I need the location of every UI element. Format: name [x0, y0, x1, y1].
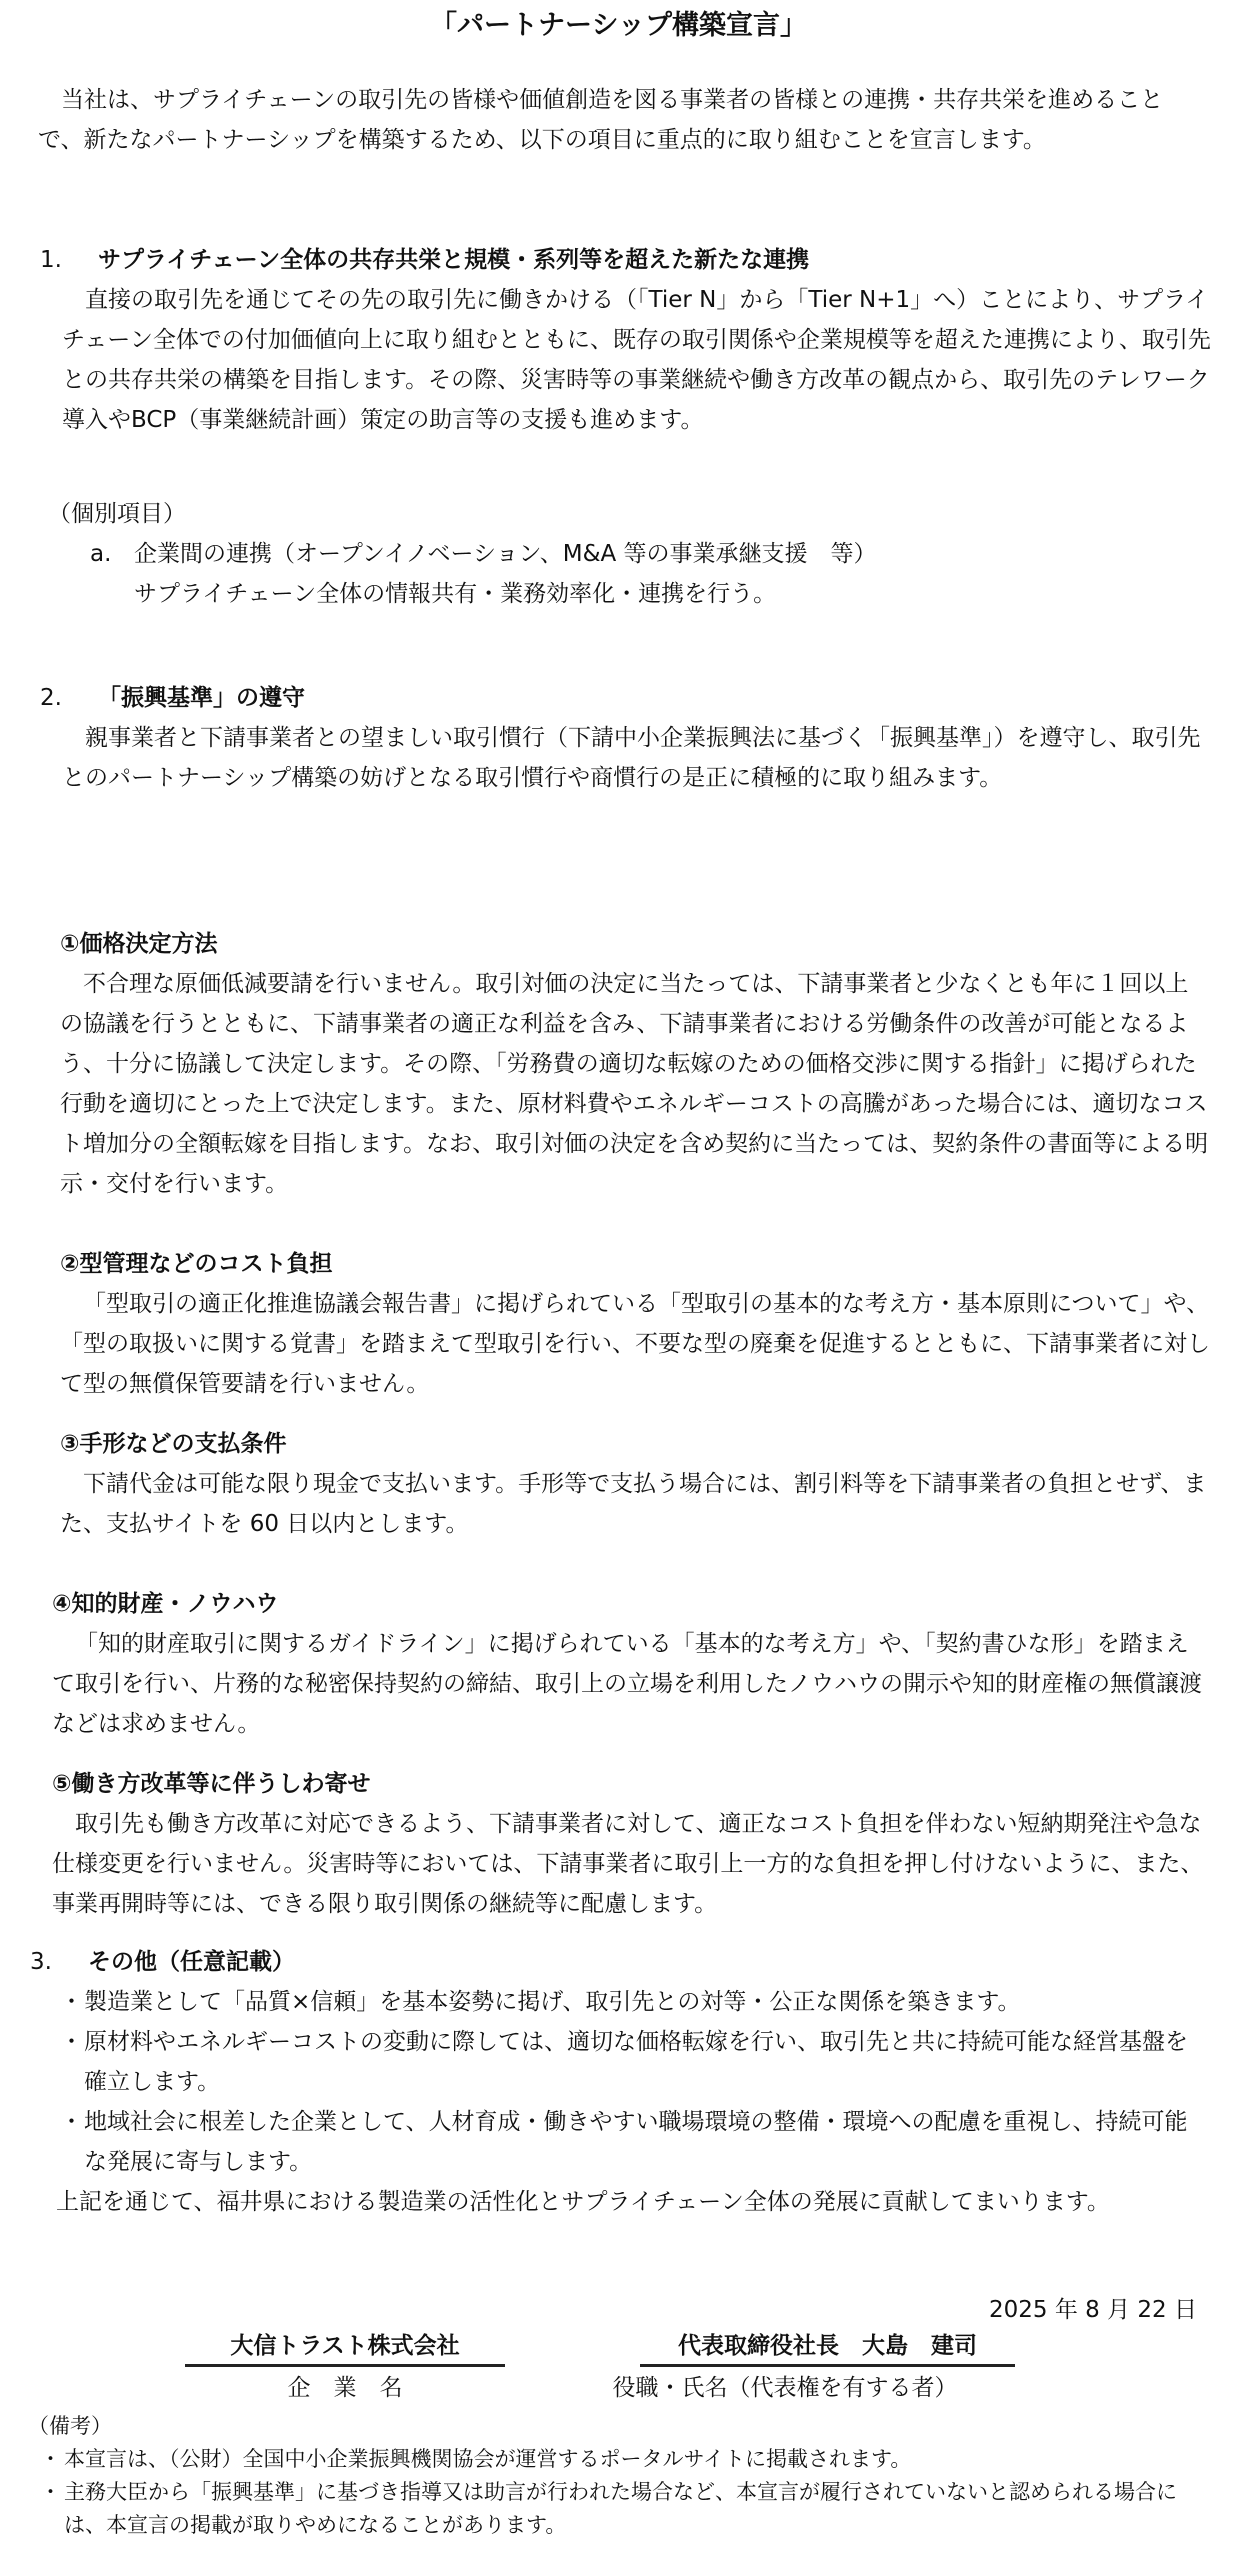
bullet-text: 製造業として「品質×信頼」を基本姿勢に掲げ、取引先との対等・公正な関係を築きます…	[84, 1989, 1021, 2015]
bullet-glyph: ・	[40, 2443, 61, 2476]
section-2-title: 「振興基準」の遵守	[98, 685, 305, 711]
closing-statement: 上記を通じて、福井県における製造業の活性化とサプライチェーン全体の発展に貢献して…	[56, 2182, 1234, 2222]
subsection-workstyle-heading: ⑤働き方改革等に伴うしわ寄せ	[52, 1764, 1210, 1804]
section-2-heading: 2.「振興基準」の遵守	[40, 678, 1220, 718]
subsection-mold-body: 「型取引の適正化推進協議会報告書」に掲げられている「型取引の基本的な考え方・基本…	[60, 1284, 1210, 1404]
declaration-page: 「パートナーシップ構築宣言」 当社は、サプライチェーンの取引先の皆様や価値創造を…	[0, 0, 1237, 2560]
remark-text: 本宣言は、（公財）全国中小企業振興機関協会が運営するポータルサイトに掲載されます…	[64, 2447, 911, 2471]
individual-item-a: a. 企業間の連携（オープンイノベーション、M&A 等の事業承継支援 等） サプ…	[90, 534, 1198, 614]
document-title: 「パートナーシップ構築宣言」	[0, 6, 1237, 46]
subsection-ip-body: 「知的財産取引に関するガイドライン」に掲げられている「基本的な考え方」や、「契約…	[52, 1624, 1210, 1744]
intro-section: 当社は、サプライチェーンの取引先の皆様や価値創造を図る事業者の皆様との連携・共存…	[38, 80, 1203, 160]
bullet-text: 原材料やエネルギーコストの変動に際しては、適切な価格転嫁を行い、取引先と共に持続…	[84, 2029, 1188, 2095]
section-1-body: 直接の取引先を通じてその先の取引先に働きかける（「Tier N」から「Tier …	[62, 280, 1212, 440]
remark-text: 主務大臣から「振興基準」に基づき指導又は助言が行われた場合など、本宣言が履行され…	[64, 2480, 1177, 2537]
individual-items: （個別項目） a. 企業間の連携（オープンイノベーション、M&A 等の事業承継支…	[48, 494, 1198, 614]
item-line-1: 企業間の連携（オープンイノベーション、M&A 等の事業承継支援 等）	[134, 534, 877, 574]
subsection-mold: ②型管理などのコスト負担 「型取引の適正化推進協議会報告書」に掲げられている「型…	[60, 1244, 1210, 1404]
section-2-body: 親事業者と下請事業者との望ましい取引慣行（下請中小企業振興法に基づく「振興基準」…	[62, 718, 1212, 798]
subsection-payment: ③手形などの支払条件 下請代金は可能な限り現金で支払います。手形等で支払う場合に…	[60, 1424, 1210, 1544]
section-3: 3.その他（任意記載） ・製造業として「品質×信頼」を基本姿勢に掲げ、取引先との…	[30, 1942, 1210, 2222]
section-3-bullets: ・製造業として「品質×信頼」を基本姿勢に掲げ、取引先との対等・公正な関係を築きま…	[60, 1982, 1210, 2182]
bullet-glyph: ・	[60, 2102, 83, 2142]
section-3-heading: 3.その他（任意記載）	[30, 1942, 1210, 1982]
section-1: 1.サプライチェーン全体の共存共栄と規模・系列等を超えた新たな連携 直接の取引先…	[40, 240, 1220, 440]
company-name: 大信トラスト株式会社	[185, 2328, 505, 2367]
section-1-heading: 1.サプライチェーン全体の共存共栄と規模・系列等を超えた新たな連携	[40, 240, 1220, 280]
remark-item: ・本宣言は、（公財）全国中小企業振興機関協会が運営するポータルサイトに掲載されま…	[40, 2443, 1218, 2476]
subsection-ip: ④知的財産・ノウハウ 「知的財産取引に関するガイドライン」に掲げられている「基本…	[52, 1584, 1210, 1744]
representative-label: 役職・氏名（代表権を有する者）	[560, 2368, 1010, 2408]
subsection-payment-heading: ③手形などの支払条件	[60, 1424, 1210, 1464]
remark-item: ・主務大臣から「振興基準」に基づき指導又は助言が行われた場合など、本宣言が履行さ…	[40, 2476, 1218, 2542]
subsection-workstyle: ⑤働き方改革等に伴うしわ寄せ 取引先も働き方改革に対応できるよう、下請事業者に対…	[52, 1764, 1210, 1924]
bullet-glyph: ・	[40, 2476, 61, 2509]
intro-paragraph: 当社は、サプライチェーンの取引先の皆様や価値創造を図る事業者の皆様との連携・共存…	[38, 80, 1203, 160]
bullet-glyph: ・	[60, 1982, 83, 2022]
section-3-title: その他（任意記載）	[88, 1949, 295, 1975]
section-1-title: サプライチェーン全体の共存共栄と規模・系列等を超えた新たな連携	[98, 247, 809, 273]
section-1-number: 1.	[40, 240, 98, 280]
company-label: 企 業 名	[185, 2368, 505, 2408]
section-2-number: 2.	[40, 678, 98, 718]
subsection-price-body: 不合理な原価低減要請を行いません。取引対価の決定に当たっては、下請事業者と少なく…	[60, 964, 1210, 1204]
remarks-section: （備考） ・本宣言は、（公財）全国中小企業振興機関協会が運営するポータルサイトに…	[28, 2410, 1218, 2542]
subsection-price: ①価格決定方法 不合理な原価低減要請を行いません。取引対価の決定に当たっては、下…	[60, 924, 1210, 1204]
representative-name: 代表取締役社長 大島 建司	[640, 2328, 1015, 2367]
subsection-price-heading: ①価格決定方法	[60, 924, 1210, 964]
subsection-mold-heading: ②型管理などのコスト負担	[60, 1244, 1210, 1284]
bullet-glyph: ・	[60, 2022, 83, 2062]
section-2: 2.「振興基準」の遵守 親事業者と下請事業者との望ましい取引慣行（下請中小企業振…	[40, 678, 1220, 798]
bullet-text: 地域社会に根差した企業として、人材育成・働きやすい職場環境の整備・環境への配慮を…	[84, 2109, 1188, 2175]
bullet-item: ・原材料やエネルギーコストの変動に際しては、適切な価格転嫁を行い、取引先と共に持…	[60, 2022, 1210, 2102]
subsection-workstyle-body: 取引先も働き方改革に対応できるよう、下請事業者に対して、適正なコスト負担を伴わな…	[52, 1804, 1210, 1924]
individual-items-label: （個別項目）	[48, 494, 1198, 534]
subsection-payment-body: 下請代金は可能な限り現金で支払います。手形等で支払う場合には、割引料等を下請事業…	[60, 1464, 1210, 1544]
bullet-item: ・製造業として「品質×信頼」を基本姿勢に掲げ、取引先との対等・公正な関係を築きま…	[60, 1982, 1210, 2022]
remarks-list: ・本宣言は、（公財）全国中小企業振興機関協会が運営するポータルサイトに掲載されま…	[40, 2443, 1218, 2542]
item-line-2: サプライチェーン全体の情報共有・業務効率化・連携を行う。	[134, 574, 877, 614]
item-letter: a.	[90, 534, 134, 614]
declaration-date: 2025 年 8 月 22 日	[989, 2290, 1197, 2330]
remarks-label: （備考）	[28, 2410, 1218, 2443]
bullet-item: ・地域社会に根差した企業として、人材育成・働きやすい職場環境の整備・環境への配慮…	[60, 2102, 1210, 2182]
section-3-number: 3.	[30, 1942, 88, 1982]
subsection-ip-heading: ④知的財産・ノウハウ	[52, 1584, 1210, 1624]
